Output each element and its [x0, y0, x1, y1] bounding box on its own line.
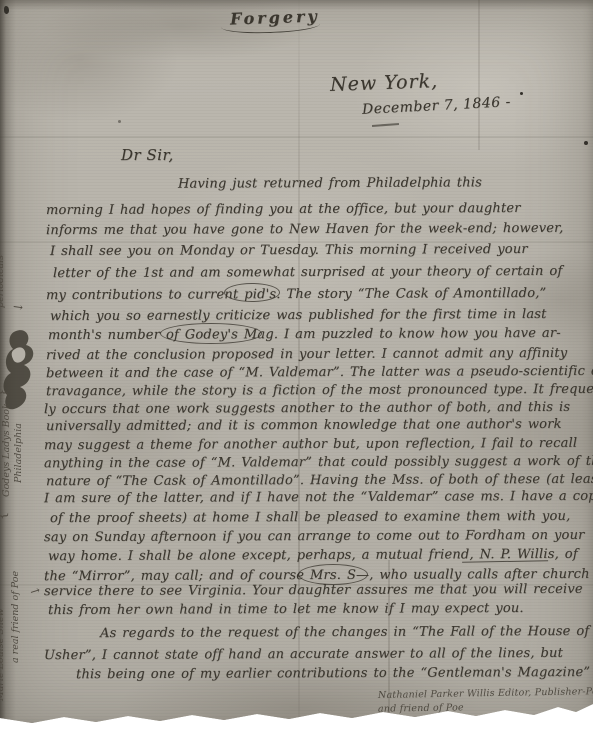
letter-line: month's number of Godey's Mag. I am puzz…: [48, 326, 561, 343]
fold-line: [0, 136, 593, 138]
letter-line: service there to see Virginia. Your daug…: [44, 582, 583, 599]
letter-line: As regards to the request of the changes…: [100, 624, 589, 641]
margin-arrow-icon: →: [12, 299, 24, 314]
margin-brace-icon: }: [0, 389, 10, 397]
pencil-note-willis-line2: and friend of Poe: [378, 702, 464, 714]
margin-brace-icon: {: [0, 512, 10, 520]
letter-line: anything in the case of “M. Valdemar” th…: [44, 454, 593, 471]
margin-note-friend-of-poe: a real friend of Poe: [10, 571, 21, 663]
letter-line: between it and the case of “M. Valdemar”…: [46, 364, 593, 381]
circle-annotation-pids: [224, 283, 280, 302]
letter-line: ly occurs that one work suggests another…: [44, 400, 570, 417]
paper-sheet: Forgery New York, December 7, 1846 - Dr …: [0, 0, 593, 726]
letter-line: this from her own hand in time to let me…: [48, 601, 524, 618]
letter-line: of the proof sheets) at home I shall be …: [50, 509, 570, 526]
date-line: December 7, 1846 -: [362, 94, 512, 118]
margin-note-godeys-city: Philadelphia: [13, 423, 24, 483]
fold-line: [478, 0, 480, 150]
letter-line: travagance, while the story is a fiction…: [46, 382, 593, 399]
margin-note-godeys-book: Godeys Ladys Book: [1, 403, 12, 497]
forgery-underline: [221, 16, 320, 34]
margin-note-periodicals: periodicals: [0, 255, 6, 308]
letter-line: letter of the 1st and am somewhat surpri…: [53, 264, 563, 281]
pencil-note-willis-line1: Nathaniel Parker Willis Editor, Publishe…: [378, 686, 593, 701]
letter-line: universally admitted; and it is common k…: [46, 417, 562, 434]
ink-speck: [520, 92, 523, 95]
circle-annotation-mrs-s: [298, 564, 368, 585]
letter-line: which you so earnestly criticize was pub…: [50, 307, 547, 324]
ink-speck: [584, 141, 588, 145]
letter-line: I am sure of the latter, and if I have n…: [44, 489, 593, 506]
margin-brace-icon: (: [0, 710, 2, 715]
letter-line: this being one of my earlier contributio…: [76, 665, 593, 682]
date-underline: [372, 123, 399, 127]
ink-speck: [118, 120, 121, 123]
letter-line: Having just returned from Philadelphia t…: [178, 175, 482, 191]
letter-line: say on Sunday afternoon if you can arran…: [44, 528, 585, 545]
salutation: Dr Sir,: [121, 146, 174, 164]
letter-line: morning I had hopes of finding you at th…: [46, 201, 521, 218]
letter-line: informs me that you have gone to New Hav…: [46, 221, 564, 238]
letter-line: may suggest a theme for another author b…: [44, 436, 577, 453]
underline-annotation-willis: [462, 547, 548, 562]
letter-line: Usher”, I cannot state off hand an accur…: [44, 646, 563, 663]
letter-line: nature of “The Cask of Amontillado”. Hav…: [46, 472, 593, 489]
margin-arrow-icon: →: [28, 583, 42, 599]
letter-line: I shall see you on Monday or Tuesday. Th…: [50, 242, 528, 259]
ink-speck: [4, 6, 9, 14]
scanned-letter: Forgery New York, December 7, 1846 - Dr …: [0, 0, 593, 750]
margin-note-marie-shew: Marie Louise Shew: [0, 608, 6, 701]
place-line: New York,: [330, 70, 439, 96]
letter-line: my contributions to current pid's. The s…: [46, 286, 546, 303]
circle-annotation-godeys: [160, 323, 262, 344]
letter-line: rived at the conclusion proposed in your…: [46, 346, 567, 363]
